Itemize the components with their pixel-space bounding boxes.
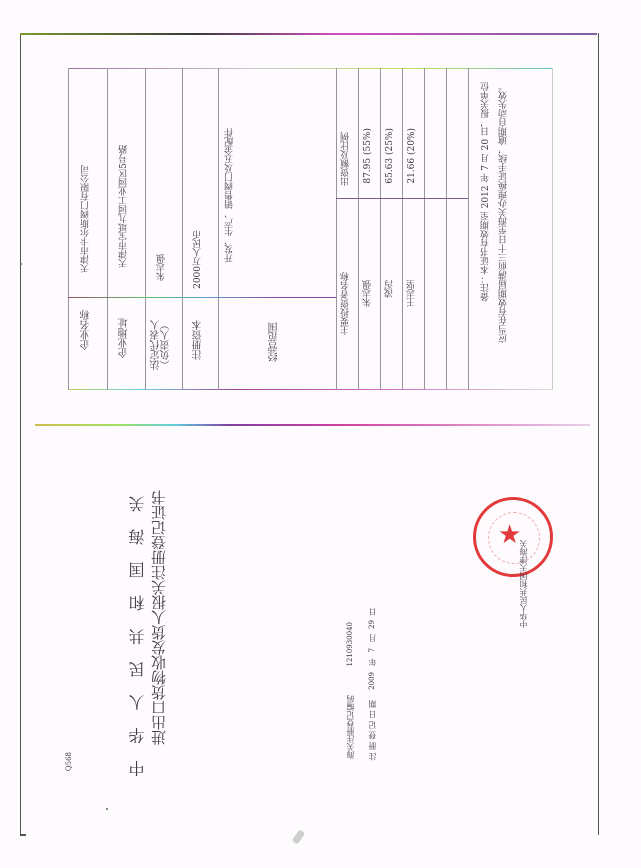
value-legal-representative: 朱志强 — [158, 254, 167, 281]
investor-name: 王志坚 — [408, 280, 417, 307]
investor-name: 朱志强 — [364, 280, 373, 307]
row-sep — [468, 68, 469, 390]
table-border-left — [68, 68, 69, 390]
remark-line-2: 应当在有效期届满前三十日至海关办理换证手续，逾期自动失效。 — [500, 82, 509, 343]
form-code: Q568 — [66, 752, 73, 771]
scan-dot — [106, 808, 108, 810]
registration-date-label: 注 册 登 记 日 期 — [369, 700, 377, 761]
row-sep — [107, 68, 108, 390]
scan-dot — [20, 263, 22, 265]
registration-day-unit: 日 — [369, 608, 377, 616]
registration-day: 29 — [369, 620, 376, 629]
label-company-address: 企业地址 — [120, 318, 130, 358]
value-business-scope: 开发、生产、销售阀门及五金配件 — [226, 128, 235, 263]
certificate-title-line-1: 中 华 人 民 共 和 国 海 关 — [130, 490, 146, 777]
investors-header-name: 主要投资者名称 — [342, 272, 351, 335]
page-border-top — [20, 33, 597, 35]
row-sep — [380, 68, 381, 390]
label-divider — [68, 297, 336, 298]
issuing-authority: 中华人民共和国天津海关 — [520, 540, 528, 628]
row-sep — [446, 68, 447, 390]
table-border-bottom — [68, 389, 553, 390]
registration-year-unit: 年 — [369, 658, 377, 666]
investor-amount: 21.66 (20%) — [408, 128, 417, 184]
table-border-top — [68, 68, 553, 69]
label-company-name: 企业名称 — [82, 310, 92, 350]
label-business-scope: 经营范围 — [270, 322, 280, 362]
value-company-name: 天津市卡尔斯阀门有限公司 — [82, 165, 91, 273]
registration-month-unit: 月 — [369, 634, 377, 642]
table-border-right — [552, 68, 553, 390]
label-registered-capital: 注册资本 — [194, 320, 204, 360]
page-border-corner — [20, 834, 26, 836]
row-sep — [145, 68, 146, 390]
row-sep — [336, 68, 337, 390]
row-sep — [358, 68, 359, 390]
value-company-address: 天津市宝坻九园工业园区5号路 — [120, 145, 129, 268]
fold-divider — [35, 424, 590, 426]
customs-code-value: 1210930040 — [347, 622, 354, 667]
label-legal-representative: 法定代表人（负责人） — [152, 314, 178, 370]
investor-amount: 65.63 (25%) — [386, 128, 395, 184]
investor-divider — [336, 198, 468, 199]
row-sep — [424, 68, 425, 390]
row-sep — [218, 68, 219, 390]
investor-name: 凌泻 — [386, 280, 395, 298]
customs-code-label: 海关注册登记编码 — [347, 695, 355, 759]
row-sep — [402, 68, 403, 390]
investors-header-amount: 出资额及比例 — [342, 132, 351, 186]
registration-month: 7 — [369, 648, 376, 652]
official-seal: ★ — [473, 497, 553, 577]
value-registered-capital: 2000万人民币 — [194, 230, 203, 289]
remark-line-1: 备注：本证书有效期至 2012 年 7 月 20 日，报关单位 — [482, 82, 491, 301]
certificate-title-line-2: 进出口货物收发货人报关注册登记证书 — [152, 490, 167, 745]
star-icon: ★ — [498, 522, 521, 548]
investor-amount: 87.95 (55%) — [364, 128, 373, 184]
row-sep — [182, 68, 183, 390]
registration-year: 2009 — [369, 672, 376, 690]
